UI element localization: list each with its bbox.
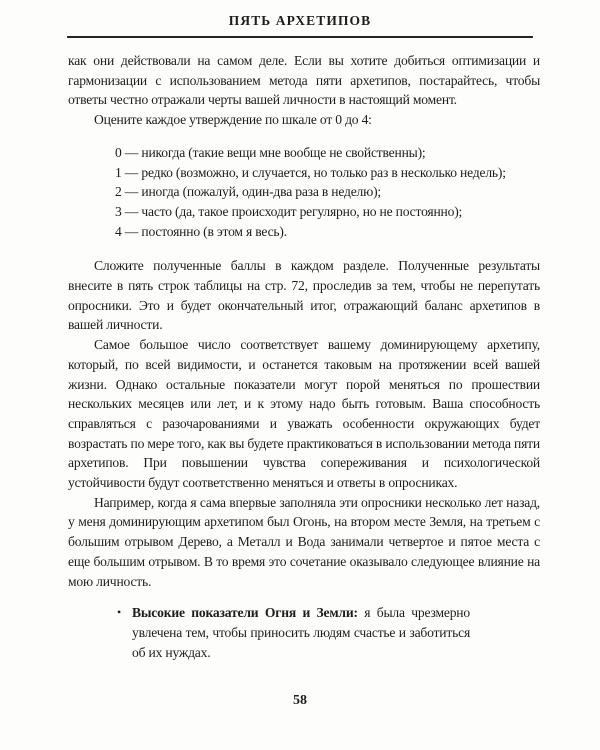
bullet-lead-text: Высокие показатели Огня и Земли: — [132, 605, 358, 620]
scale-item-2: 2 — иногда (пожалуй, один-два раза в нед… — [115, 182, 527, 202]
paragraph-example: Например, когда я сама впервые заполняла… — [68, 493, 540, 592]
scale-item-3: 3 — часто (да, такое происходит регулярн… — [115, 202, 527, 222]
rating-scale-list: 0 — никогда (такие вещи мне вообще не св… — [115, 143, 527, 242]
paragraph-totals: Сложите полученные баллы в каждом раздел… — [68, 256, 540, 335]
bullet-list-item: • Высокие показатели Огня и Земли: я был… — [117, 603, 470, 662]
scale-item-1: 1 — редко (возможно, и случается, но тол… — [115, 163, 527, 183]
paragraph-scale-prompt: Оцените каждое утверждение по шкале от 0… — [68, 110, 540, 130]
paragraph-dominant: Самое большое число соответствует вашему… — [68, 335, 540, 493]
scale-item-4: 4 — постоянно (в этом я весь). — [115, 222, 527, 242]
book-page: ПЯТЬ АРХЕТИПОВ как они действовали на са… — [0, 0, 600, 750]
paragraph-continuation: как они действовали на самом деле. Если … — [68, 51, 540, 110]
bullet-icon: • — [117, 603, 121, 623]
page-body: как они действовали на самом деле. Если … — [68, 51, 540, 662]
page-number: 58 — [0, 693, 600, 709]
header-rule — [67, 36, 533, 38]
scale-item-0: 0 — никогда (такие вещи мне вообще не св… — [115, 143, 527, 163]
running-header: ПЯТЬ АРХЕТИПОВ — [0, 13, 600, 29]
